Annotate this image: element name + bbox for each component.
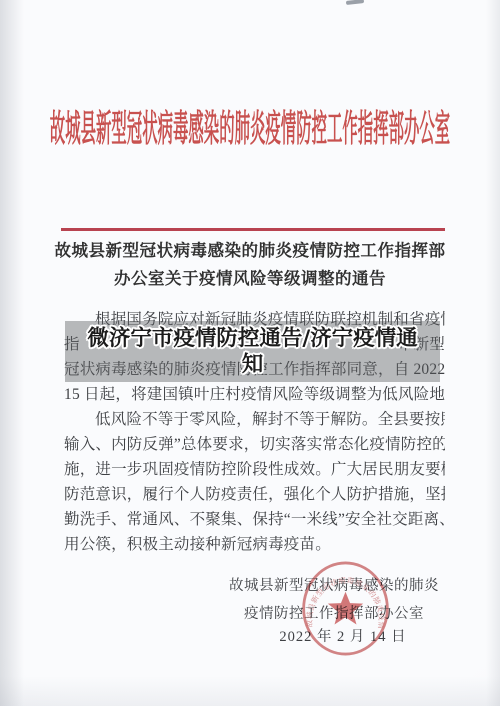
body-line-p2-2: 输入、内防反弹”总体要求，切实落实常态化疫情防控的各项措 — [64, 432, 445, 457]
watermark-caption-line1: 微济宁市疫情防控通告/济宁疫情通 — [87, 326, 417, 352]
document-photo: 故城县新型冠状病毒感染的肺炎疫情防控工作指挥部办公室 故城县新型冠状病毒感染的肺… — [0, 0, 500, 706]
document-title-line2: 办公室关于疫情风险等级调整的通告 — [0, 265, 500, 293]
body-line-p2-5: 勤洗手、常通风、不聚集、保持“一米线”安全社交距离、分餐制、 — [64, 507, 445, 532]
watermark-caption: 微济宁市疫情防控通告/济宁疫情通 知 — [87, 326, 417, 378]
document-title: 故城县新型冠状病毒感染的肺炎疫情防控工作指挥部 办公室关于疫情风险等级调整的通告 — [0, 237, 500, 293]
body-line-p2-1: 低风险不等于零风险，解封不等于解防。全县要按照“外防 — [64, 407, 445, 432]
body-line-p2-4: 防范意识，履行个人防疫责任，强化个人防护措施，坚持戴口罩、 — [64, 482, 445, 507]
watermark-caption-line2: 知 — [87, 352, 417, 378]
body-line-p2-3: 施，进一步巩固疫情防控阶段性成效。广大居民朋友要树牢风险 — [64, 457, 445, 482]
official-seal: 故城县新型冠状病毒感染的肺炎疫情防控工作指挥部办公室 — [299, 558, 392, 659]
document-title-line1: 故城县新型冠状病毒感染的肺炎疫情防控工作指挥部 — [0, 237, 500, 265]
seal-star-icon — [328, 592, 363, 625]
seal-arc-text: 故城县新型冠状病毒感染的肺炎疫情防控工作指挥部办公室 — [299, 558, 387, 630]
svg-text:故城县新型冠状病毒感染的肺炎疫情防控工作指挥部办公室: 故城县新型冠状病毒感染的肺炎疫情防控工作指挥部办公室 — [299, 558, 387, 630]
body-line-p2-6: 用公筷，积极主动接种新冠病毒疫苗。 — [64, 532, 445, 557]
letterhead-office-title: 故城县新型冠状病毒感染的肺炎疫情防控工作指挥部办公室 — [50, 100, 450, 153]
watermark-overlay: 微济宁市疫情防控通告/济宁疫情通 知 — [65, 321, 440, 382]
red-divider — [61, 228, 445, 231]
body-line-p1-4: 15 日起，将建国镇叶庄村疫情风险等级调整为低风险地区。 — [64, 382, 445, 407]
photo-artifact-mark — [346, 0, 364, 5]
